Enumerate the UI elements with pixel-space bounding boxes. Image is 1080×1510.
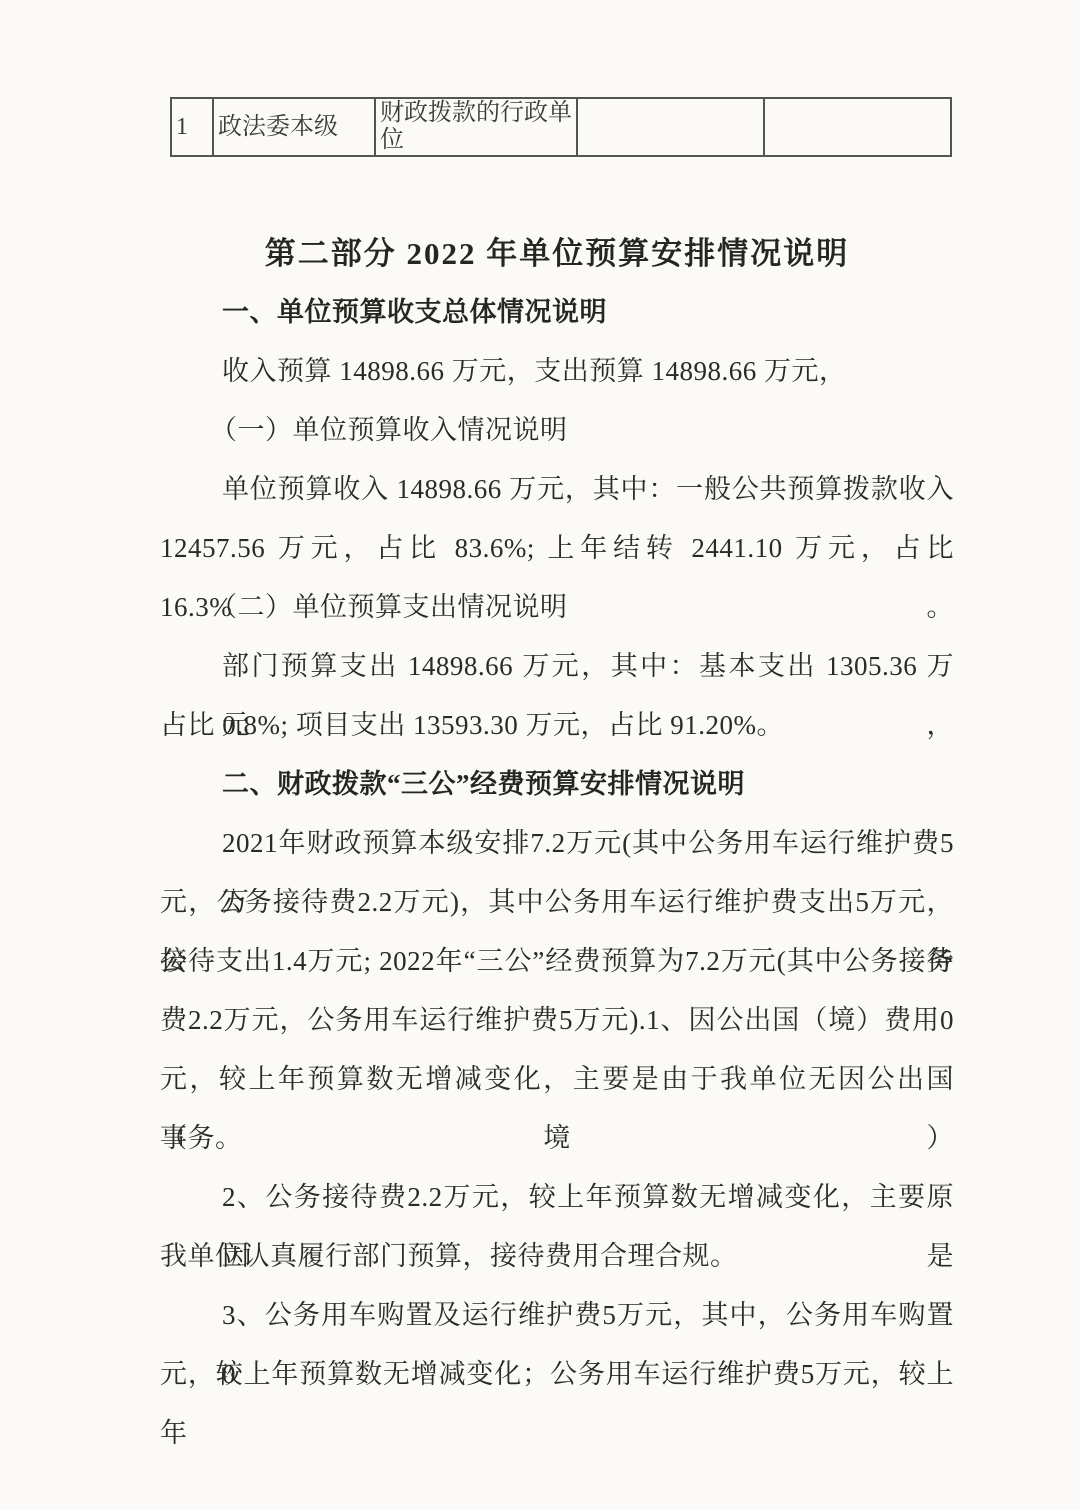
body-line: 12457.56 万元，占比 83.6%; 上年结转 2441.10 万元，占比… (160, 519, 954, 578)
body-line: 单位预算收入 14898.66 万元，其中：一般公共预算拨款收入 (160, 460, 954, 519)
scanned-budget-document-page: 1 政法委本级 财政拨款的行政单位 第二部分 2022 年单位预算安排情况说明 … (0, 0, 1080, 1510)
section-heading-2: 二、财政拨款“三公”经费预算安排情况说明 (160, 755, 954, 814)
funding-type-cell: 财政拨款的行政单位 (375, 98, 577, 156)
empty-cell (577, 98, 764, 156)
body-line: 2、公务接待费2.2万元，较上年预算数无增减变化，主要原因是 (160, 1168, 954, 1227)
section-heading-1: 一、单位预算收支总体情况说明 (160, 283, 954, 342)
unit-name-cell: 政法委本级 (213, 98, 375, 156)
body-line: 2021年财政预算本级安排7.2万元(其中公务用车运行维护费5万 (160, 814, 954, 873)
body-line: 元，公务接待费2.2万元)，其中公务用车运行维护费支出5万元，公务 (160, 873, 954, 932)
row-index-cell: 1 (171, 98, 213, 156)
body-line: 元，较上年预算数无增减变化；公务用车运行维护费5万元，较上年 (160, 1345, 954, 1404)
body-line: 费2.2万元，公务用车运行维护费5万元).1、因公出国（境）费用0 (160, 991, 954, 1050)
body-line: 3、公务用车购置及运行维护费5万元，其中，公务用车购置 0 (160, 1286, 954, 1345)
body-line: 接待支出1.4万元; 2022年“三公”经费预算为7.2万元(其中公务接待 (160, 932, 954, 991)
empty-cell (764, 98, 951, 156)
subsection-heading-1: （一）单位预算收入情况说明 (160, 401, 954, 460)
unit-list-table: 1 政法委本级 财政拨款的行政单位 (170, 97, 952, 157)
body-line: 元，较上年预算数无增减变化，主要是由于我单位无因公出国（境） (160, 1050, 954, 1109)
body-line: 部门预算支出 14898.66 万元，其中：基本支出 1305.36 万元， (160, 637, 954, 696)
document-title: 第二部分 2022 年单位预算安排情况说明 (160, 224, 954, 283)
table-row: 1 政法委本级 财政拨款的行政单位 (171, 98, 951, 156)
body-line: 收入预算 14898.66 万元，支出预算 14898.66 万元， (160, 342, 954, 401)
document-body: 第二部分 2022 年单位预算安排情况说明 一、单位预算收支总体情况说明 收入预… (160, 224, 954, 1404)
